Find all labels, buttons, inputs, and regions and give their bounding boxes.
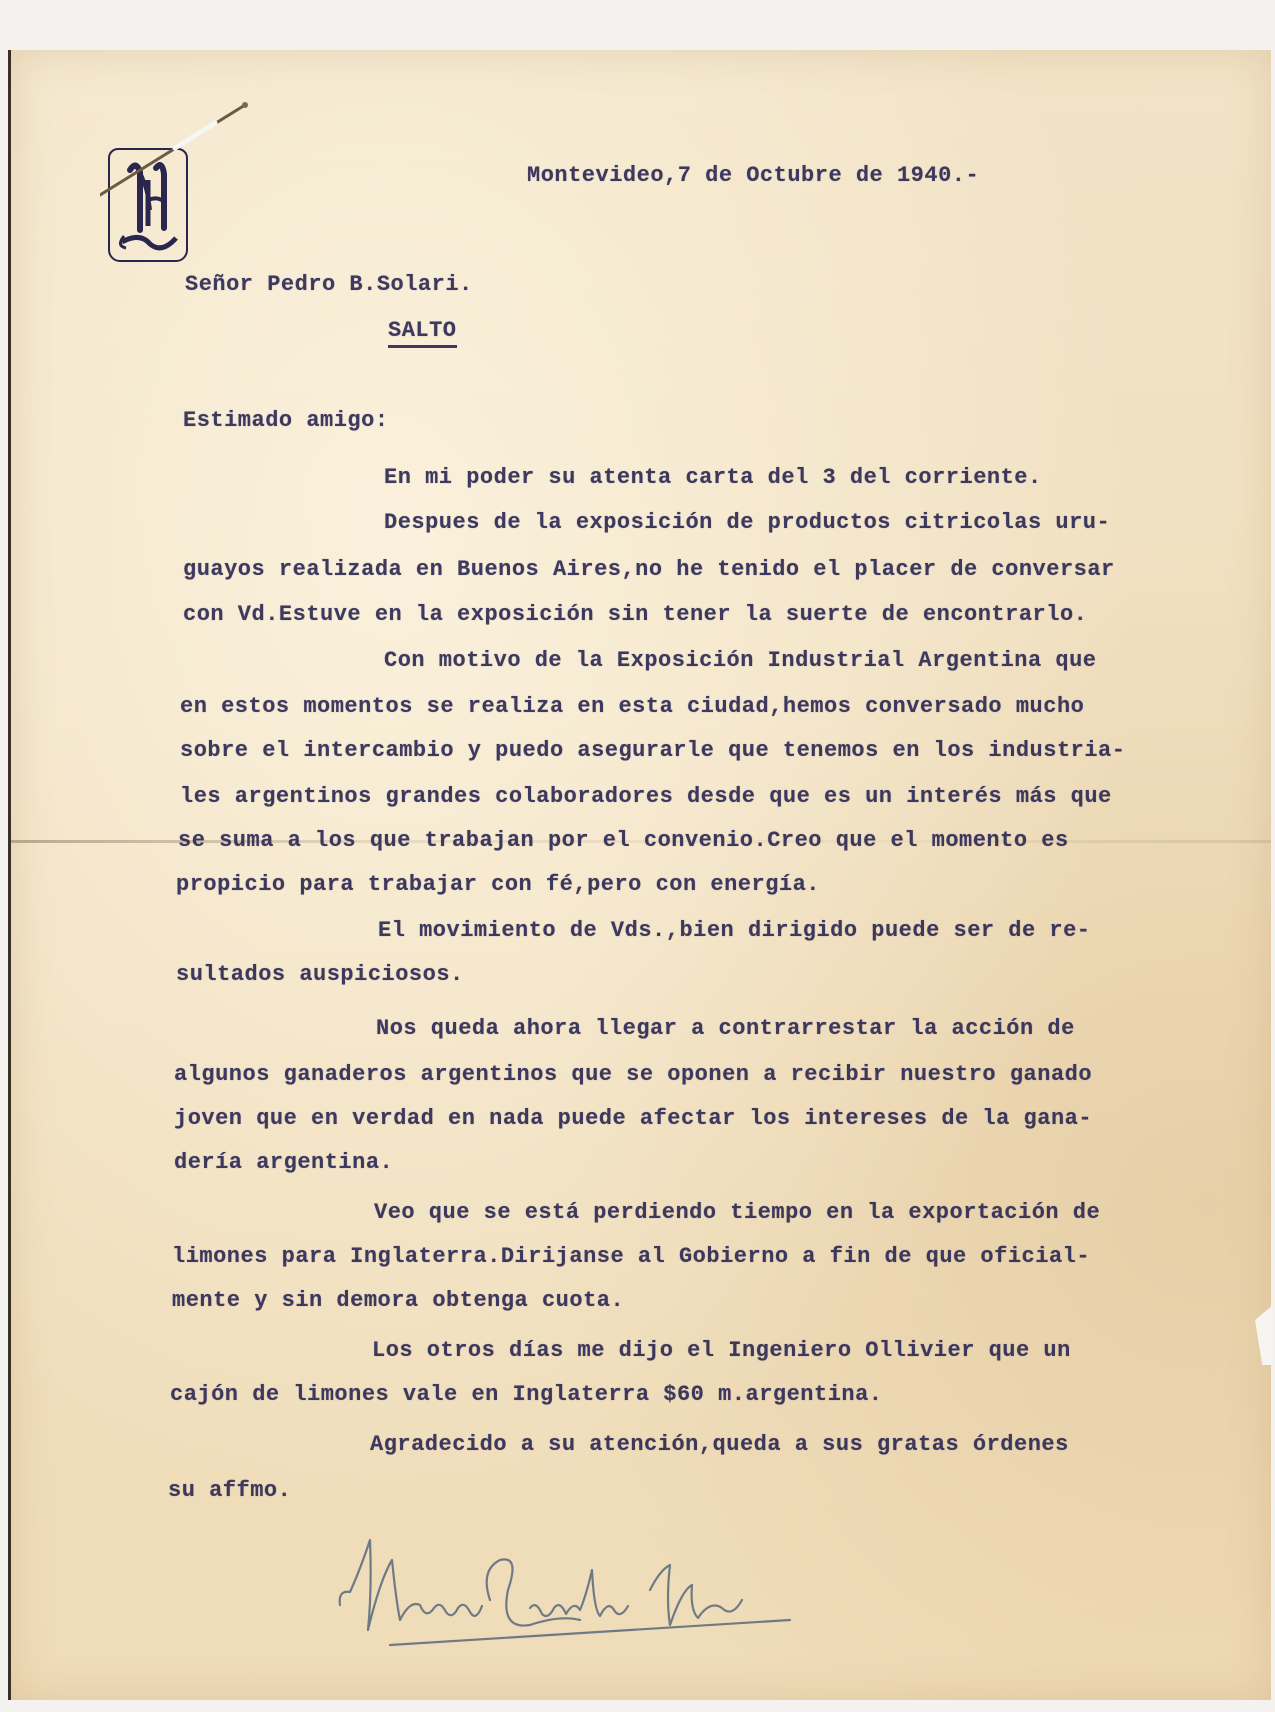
body-line: Con motivo de la Exposición Industrial A…	[384, 648, 1097, 673]
paper-tear	[1255, 1305, 1273, 1365]
body-line: en estos momentos se realiza en esta ciu…	[180, 694, 1084, 719]
place-date: Montevideo,7 de Octubre de 1940.-	[527, 163, 979, 188]
body-line: guayos realizada en Buenos Aires,no he t…	[183, 557, 1115, 582]
recipient-name: Señor Pedro B.Solari.	[185, 272, 473, 297]
body-line: El movimiento de Vds.,bien dirigido pued…	[378, 918, 1091, 943]
closing: su affmo.	[168, 1478, 291, 1503]
handwritten-signature	[330, 1530, 850, 1650]
body-line: Los otros días me dijo el Ingeniero Olli…	[372, 1338, 1071, 1363]
body-line: Despues de la exposición de productos ci…	[384, 510, 1110, 535]
body-line: cajón de limones vale en Inglaterra $60 …	[170, 1382, 883, 1407]
body-line: dería argentina.	[174, 1150, 393, 1175]
body-line: se suma a los que trabajan por el conven…	[178, 828, 1069, 853]
body-line: con Vd.Estuve en la exposición sin tener…	[183, 602, 1087, 627]
body-line: Veo que se está perdiendo tiempo en la e…	[374, 1200, 1100, 1225]
body-line: sobre el intercambio y puedo asegurarle …	[180, 738, 1125, 763]
body-line: les argentinos grandes colaboradores des…	[180, 784, 1112, 809]
body-line: propicio para trabajar con fé,pero con e…	[176, 872, 820, 897]
body-line: joven que en verdad en nada puede afecta…	[174, 1106, 1092, 1131]
body-line: Nos queda ahora llegar a contrarrestar l…	[376, 1016, 1075, 1041]
straight-pin-icon	[100, 100, 250, 210]
body-line: algunos ganaderos argentinos que se opon…	[174, 1062, 1092, 1087]
body-line: mente y sin demora obtenga cuota.	[172, 1288, 624, 1313]
salutation: Estimado amigo:	[183, 408, 389, 433]
body-line: limones para Inglaterra.Dirijanse al Gob…	[172, 1244, 1090, 1269]
body-line: En mi poder su atenta carta del 3 del co…	[384, 465, 1042, 490]
recipient-city: SALTO	[388, 318, 457, 348]
body-line: sultados auspiciosos.	[176, 962, 464, 987]
body-line: Agradecido a su atención,queda a sus gra…	[370, 1432, 1069, 1457]
